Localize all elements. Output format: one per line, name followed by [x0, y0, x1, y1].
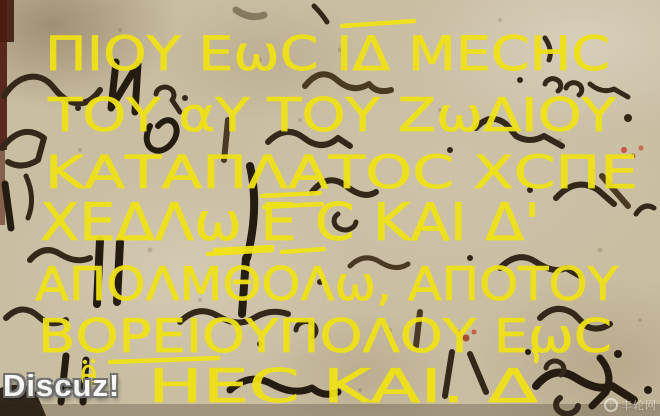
ink-stroke	[5, 184, 11, 228]
apostrophe-mark-line7	[534, 350, 537, 361]
site-badge-icon: 丰	[604, 398, 618, 412]
diaeresis-dot	[91, 359, 95, 363]
ink-dot	[624, 114, 632, 122]
ink-dot	[644, 386, 652, 394]
macron-mark-line1	[342, 21, 414, 26]
greek-line-2: ΤΟΥ αΥ ΤΟΥ ΖωΔΙΟΥ	[47, 88, 617, 142]
greek-line-3: ΚΑΤΑΠΛΑΤΟC ΧCΠΕ	[45, 146, 638, 199]
greek-line-5: ΑΠΟΛΜΘΟΛω, ΑΠΟΤΟΥ	[35, 257, 619, 311]
ink-stroke	[26, 176, 32, 218]
pigment-dot	[639, 146, 644, 151]
site-badge-label: 丰轮网	[621, 397, 657, 413]
greek-line-1: ΠΙΟΥ ΕωC ΙΔ ΜΕCΗC	[45, 27, 610, 82]
greek-transcription-overlay: ΠΙΟΥ ΕωC ΙΔ ΜΕCΗC ΤΟΥ αΥ ΤΟΥ ΖωΔΙΟΥ ΚΑΤΑ…	[35, 21, 638, 413]
ink-stroke	[236, 10, 264, 17]
ink-stroke	[314, 6, 327, 22]
ink-stroke	[536, 373, 634, 400]
greek-line-4: ΧΕΔΛω Ε C ΚΑΙ Δ'	[40, 193, 540, 253]
edge-strip	[0, 0, 7, 150]
discuz-watermark: Discuz!	[3, 368, 120, 404]
site-badge-watermark: 丰 丰轮网	[604, 397, 657, 413]
overline-mark-line4-a	[262, 193, 320, 196]
greek-line-6: ΒΟΡΕΙΟΥΠΟΛΟΥ ΕωC	[38, 309, 612, 363]
ink-stroke	[2, 132, 44, 166]
overline-mark-line4-b	[264, 204, 322, 207]
diaeresis-dot	[83, 360, 87, 364]
greek-line-7: ΗΕC ΚΑΙ. Δ	[148, 359, 539, 413]
ink-dot	[614, 350, 622, 358]
manuscript-artwork: ΠΙΟΥ ΕωC ΙΔ ΜΕCΗC ΤΟΥ αΥ ΤΟΥ ΖωΔΙΟΥ ΚΑΤΑ…	[0, 0, 660, 416]
manuscript-photo: ΠΙΟΥ ΕωC ΙΔ ΜΕCΗC ΤΟΥ αΥ ΤΟΥ ΖωΔΙΟΥ ΚΑΤΑ…	[0, 0, 660, 416]
ink-stroke	[636, 206, 654, 214]
underline-mark-line4-b	[282, 249, 324, 252]
